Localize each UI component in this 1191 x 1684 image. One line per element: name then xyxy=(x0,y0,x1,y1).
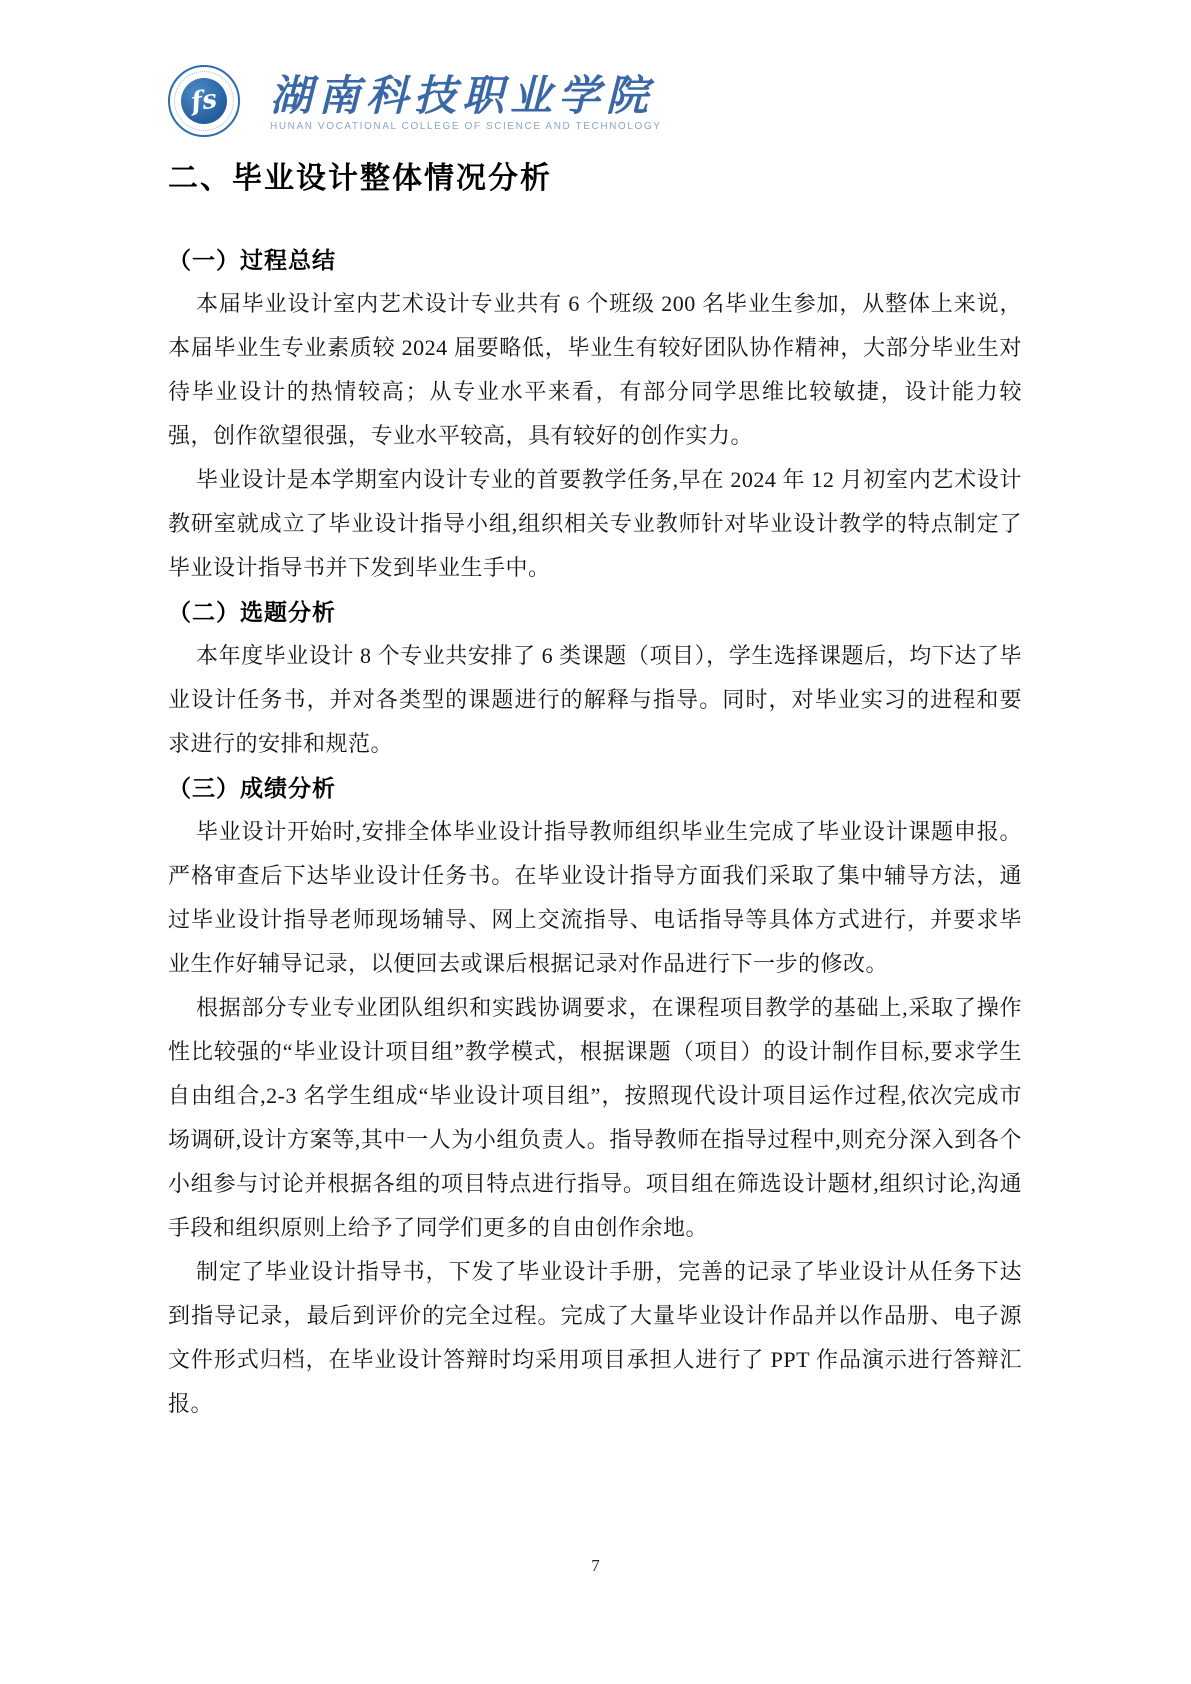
college-logotype: 湖南科技职业学院 HUNAN VOCATIONAL COLLEGE OF SCI… xyxy=(270,69,662,133)
paragraph-process-summary-2: 毕业设计是本学期室内设计专业的首要教学任务,早在 2024 年 12 月初室内艺… xyxy=(168,458,1022,590)
section-heading-topic-analysis: （二）选题分析 xyxy=(168,590,1022,634)
paragraph-score-analysis-2: 根据部分专业专业团队组织和实践协调要求，在课程项目教学的基础上,采取了操作性比较… xyxy=(168,986,1022,1250)
emblem-monogram: fs xyxy=(189,86,218,115)
college-name-english: HUNAN VOCATIONAL COLLEGE OF SCIENCE AND … xyxy=(270,121,662,133)
section-heading-process-summary: （一）过程总结 xyxy=(168,238,1022,282)
college-emblem-icon: fs xyxy=(168,65,240,137)
paragraph-score-analysis-1: 毕业设计开始时,安排全体毕业设计指导教师组织毕业生完成了毕业设计课题申报。严格审… xyxy=(168,810,1022,986)
college-header: fs 湖南科技职业学院 HUNAN VOCATIONAL COLLEGE OF … xyxy=(168,62,1022,140)
paragraph-process-summary-1: 本届毕业设计室内艺术设计专业共有 6 个班级 200 名毕业生参加，从整体上来说… xyxy=(168,282,1022,458)
section-heading-score-analysis: （三）成绩分析 xyxy=(168,766,1022,810)
emblem-inner-circle: fs xyxy=(181,78,227,124)
paragraph-score-analysis-3: 制定了毕业设计指导书，下发了毕业设计手册，完善的记录了毕业设计从任务下达到指导记… xyxy=(168,1250,1022,1426)
main-heading: 二、毕业设计整体情况分析 xyxy=(168,160,1022,198)
document-page: fs 湖南科技职业学院 HUNAN VOCATIONAL COLLEGE OF … xyxy=(0,0,1191,1684)
paragraph-topic-analysis-1: 本年度毕业设计 8 个专业共安排了 6 类课题（项目），学生选择课题后，均下达了… xyxy=(168,634,1022,766)
page-number: 7 xyxy=(0,1556,1191,1576)
college-name-chinese: 湖南科技职业学院 xyxy=(270,73,662,119)
